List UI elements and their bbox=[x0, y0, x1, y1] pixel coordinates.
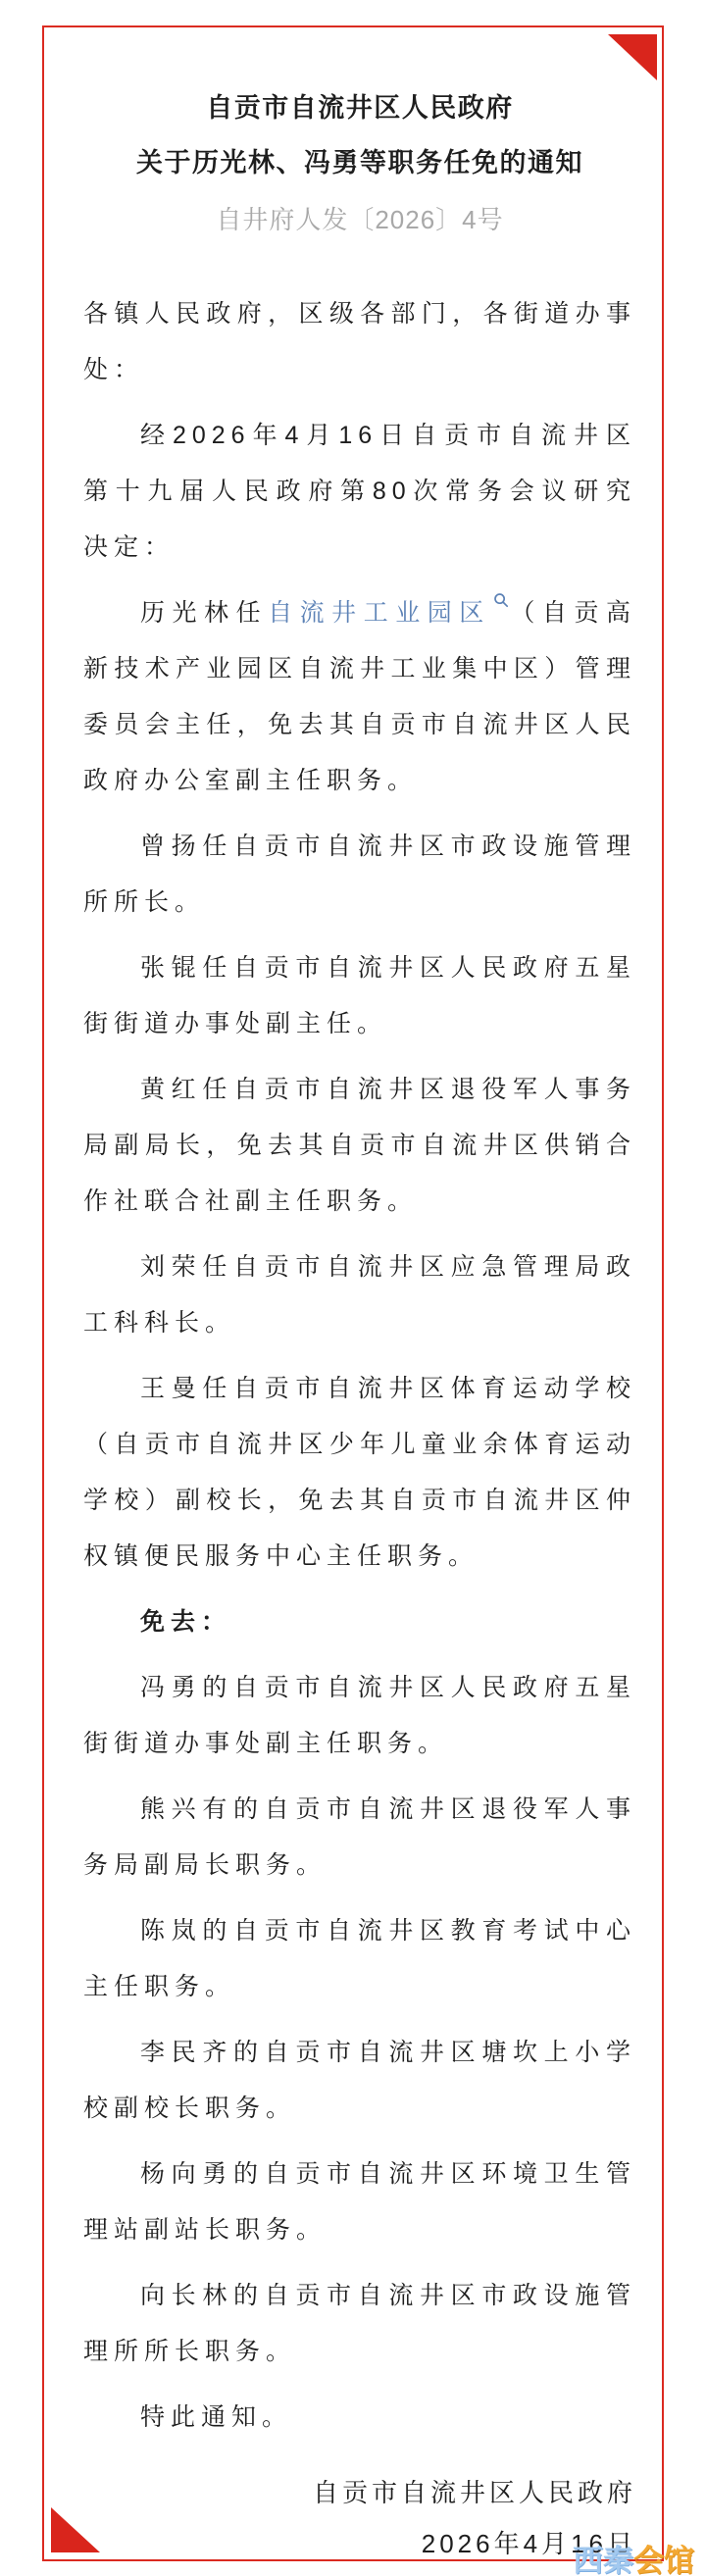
appointment-item: 黄红任自贡市自流井区退役军人事务局副局长，免去其自贡市自流井区供销合作社联合社副… bbox=[83, 1062, 636, 1230]
appointment-item: 张锟任自贡市自流井区人民政府五星街街道办事处副主任。 bbox=[83, 940, 636, 1052]
opening-paragraph: 经2026年4月16日自贡市自流井区第十九届人民政府第80次常务会议研究决定： bbox=[83, 408, 636, 576]
appointment-item: 刘荣任自贡市自流井区应急管理局政工科科长。 bbox=[83, 1239, 636, 1351]
closing-paragraph: 特此通知。 bbox=[83, 2390, 636, 2446]
page-title-line1: 自贡市自流井区人民政府 bbox=[83, 88, 636, 127]
appointment-paragraph-li-guanglin: 历光林任自流井工业园区（自贡高新技术产业园区自流井工业集中区）管理委员会主任，免… bbox=[83, 585, 636, 809]
appointment-text-after: （自贡高新技术产业园区自流井工业集中区）管理委员会主任，免去其自贡市自流井区人民… bbox=[83, 599, 636, 794]
removal-item: 陈岚的自贡市自流井区教育考试中心主任职务。 bbox=[83, 1903, 636, 2015]
page-title-line2: 关于历光林、冯勇等职务任免的通知 bbox=[83, 143, 636, 182]
industrial-park-link[interactable]: 自流井工业园区 bbox=[268, 599, 509, 627]
signature-date: 2026年4月16日 bbox=[83, 2518, 636, 2561]
signature-block: 自贡市自流井区人民政府 2026年4月16日 bbox=[83, 2467, 636, 2561]
watermark-part2: 会馆 bbox=[633, 2544, 694, 2576]
appointment-item: 曾扬任自贡市自流井区市政设施管理所所长。 bbox=[83, 819, 636, 931]
removal-item: 冯勇的自贡市自流井区人民政府五星街街道办事处副主任职务。 bbox=[83, 1660, 636, 1772]
removal-item: 杨向勇的自贡市自流井区环境卫生管理站副站长职务。 bbox=[83, 2147, 636, 2258]
salutation: 各镇人民政府，区级各部门，各街道办事处： bbox=[83, 286, 636, 398]
appointment-item: 王曼任自贡市自流井区体育运动学校（自贡市自流井区少年儿童业余体育运动学校）副校长… bbox=[83, 1361, 636, 1585]
appointment-text-before: 历光林任 bbox=[140, 599, 268, 627]
top-right-corner-triangle-decoration bbox=[608, 34, 657, 80]
watermark-part1: 西秦 bbox=[573, 2544, 633, 2576]
notice-card: 自贡市自流井区人民政府 关于历光林、冯勇等职务任免的通知 自井府人发〔2026〕… bbox=[42, 25, 664, 2561]
document-number: 自井府人发〔2026〕4号 bbox=[83, 202, 636, 237]
industrial-park-link-text[interactable]: 自流井工业园区 bbox=[268, 599, 491, 627]
removal-heading: 免去： bbox=[83, 1594, 636, 1650]
removal-item: 李民齐的自贡市自流井区塘坎上小学校副校长职务。 bbox=[83, 2025, 636, 2137]
notice-body: 各镇人民政府，区级各部门，各街道办事处： 经2026年4月16日自贡市自流井区第… bbox=[83, 286, 636, 2446]
search-icon[interactable] bbox=[493, 592, 509, 608]
signature-issuer: 自贡市自流井区人民政府 bbox=[83, 2467, 636, 2518]
site-watermark: 西秦会馆 bbox=[573, 2536, 694, 2576]
page: { "meta": { "accent_red": "#d9251c", "bo… bbox=[0, 0, 706, 2576]
removal-item: 向长林的自贡市自流井区市政设施管理所所长职务。 bbox=[83, 2268, 636, 2380]
removal-item: 熊兴有的自贡市自流井区退役军人事务局副局长职务。 bbox=[83, 1782, 636, 1894]
